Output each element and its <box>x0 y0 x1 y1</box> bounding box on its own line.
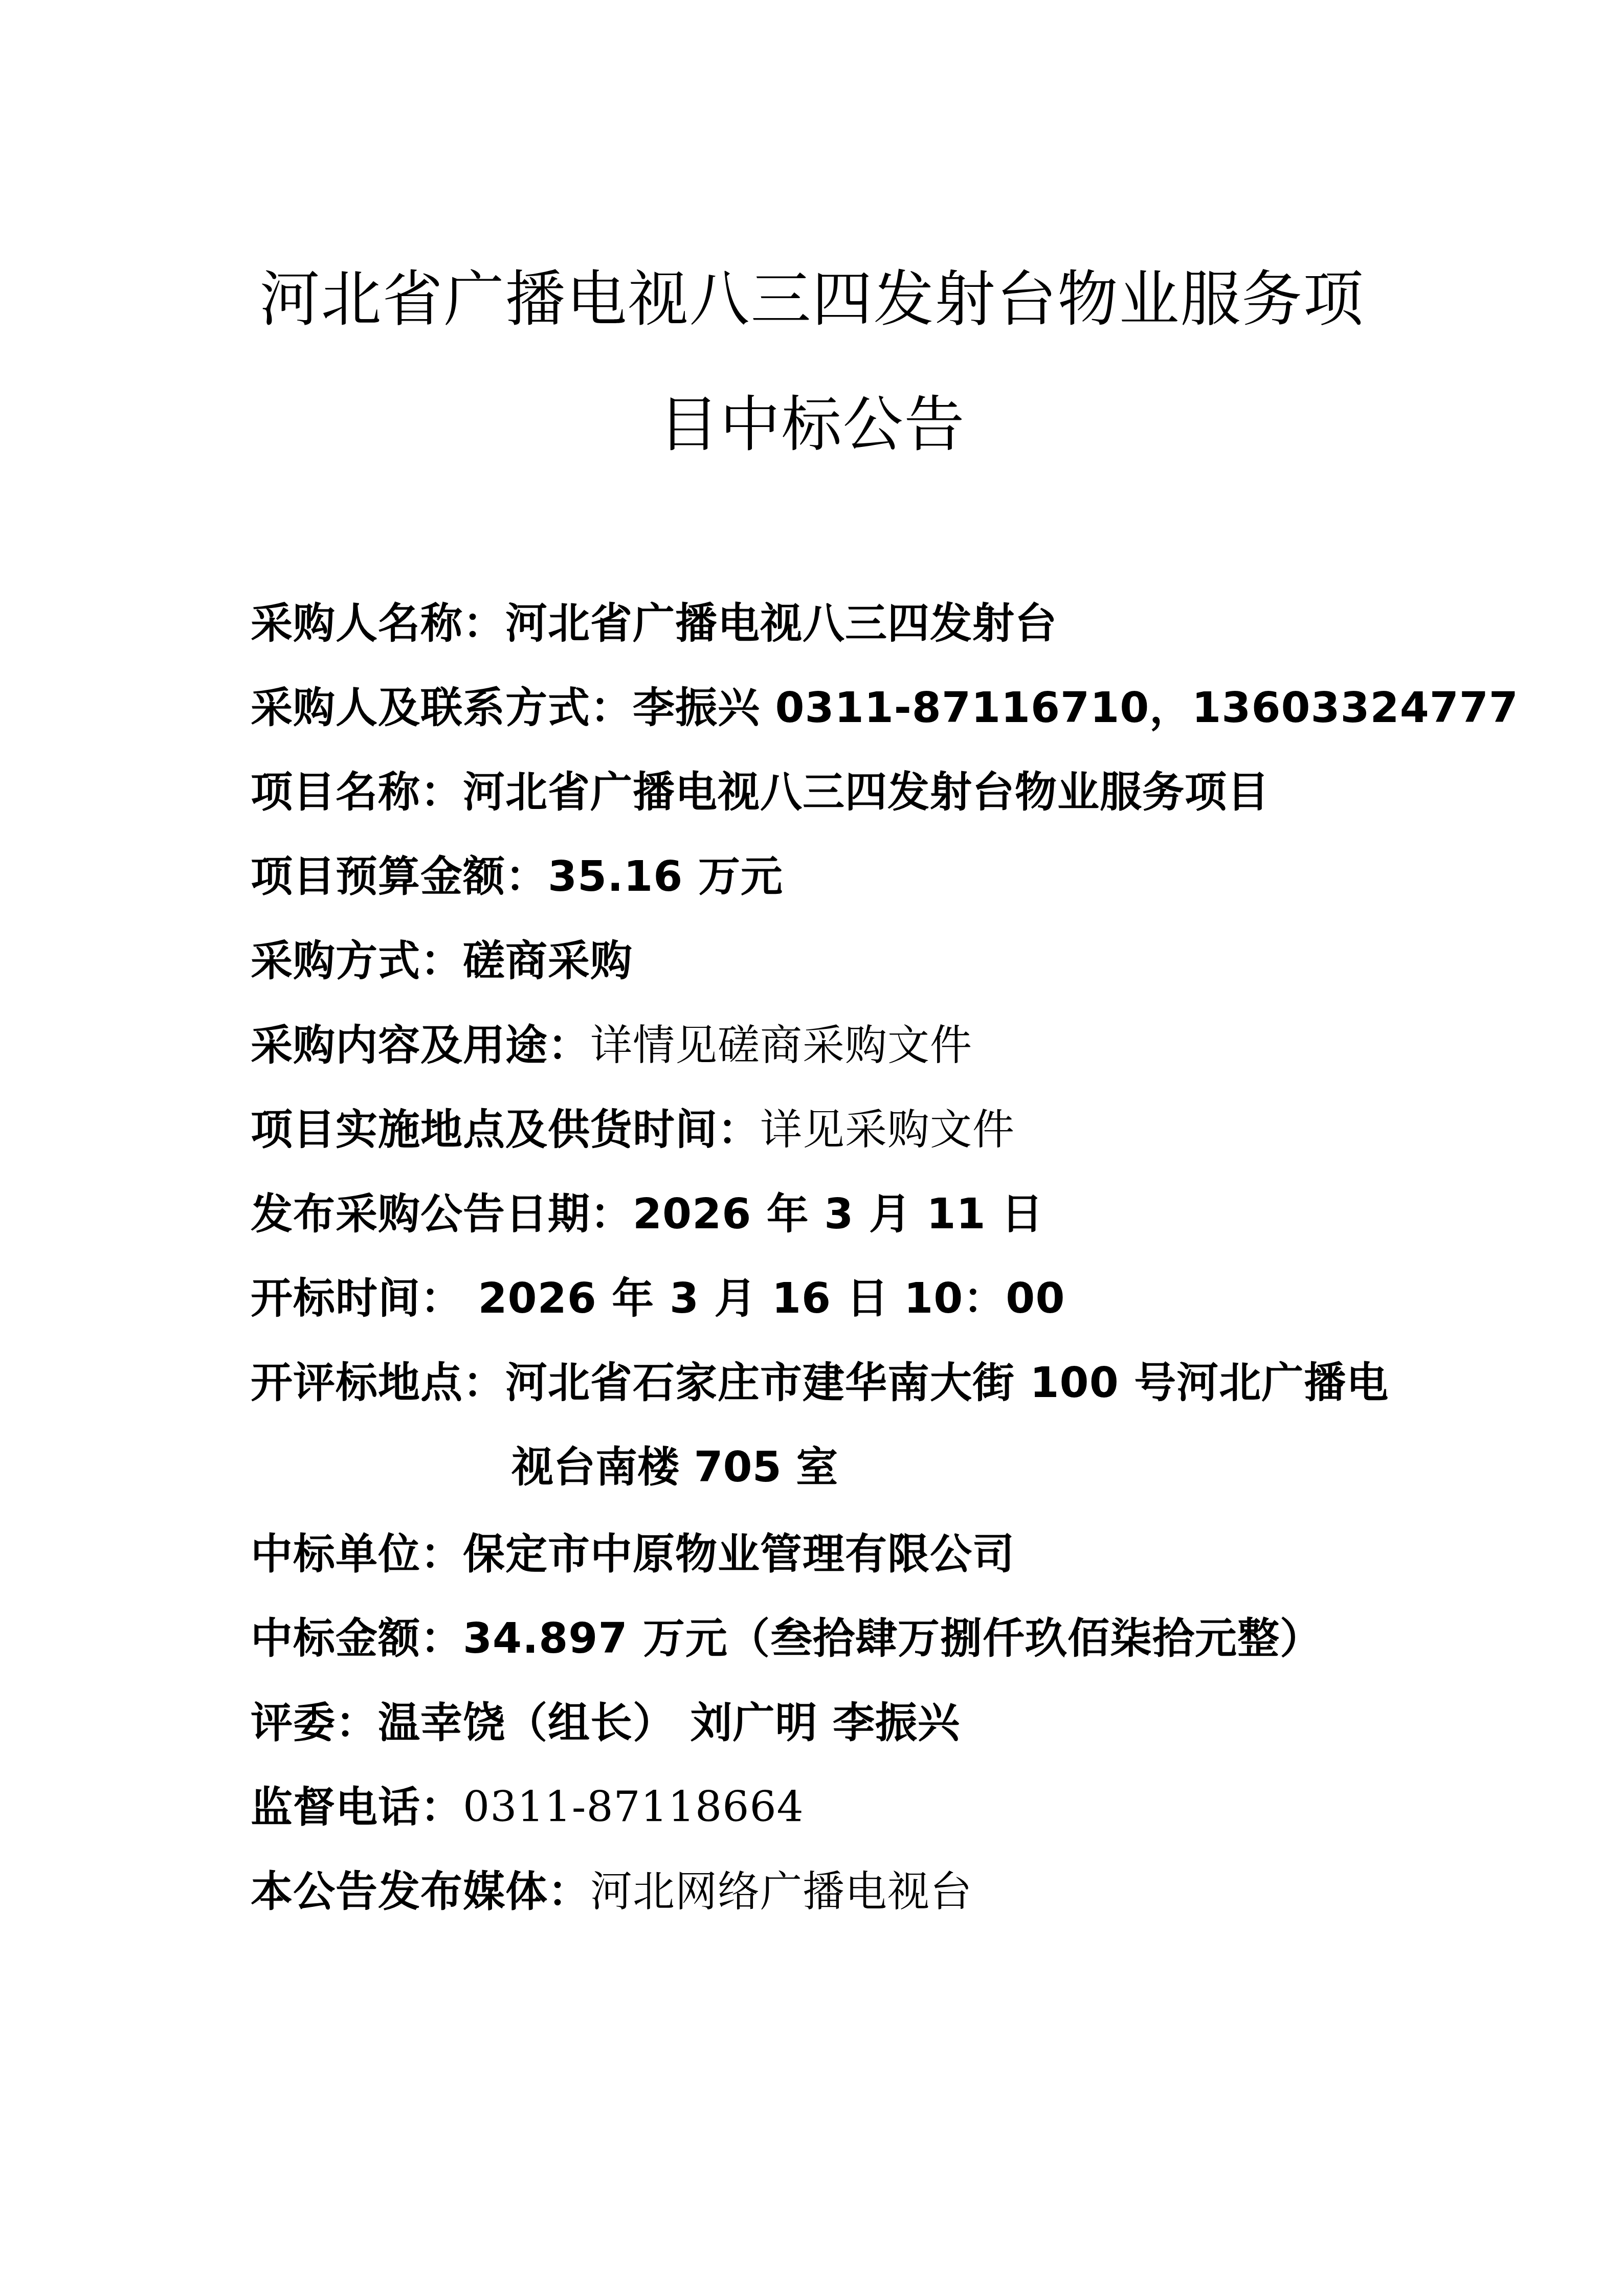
field-value: 李振兴 0311-87116710，13603324777 <box>633 684 1519 732</box>
field-label: 中标单位： <box>251 1530 463 1579</box>
field-evaluation-committee: 评委：温幸饶（组长） 刘广明 李振兴 <box>251 1698 960 1749</box>
field-label: 采购人及联系方式： <box>251 684 633 732</box>
field-value: 2026 年 3 月 16 日 10：00 <box>463 1274 1065 1323</box>
field-winning-bidder: 中标单位：保定市中原物业管理有限公司 <box>251 1529 1015 1580</box>
field-bid-evaluation-location: 开评标地点：河北省石家庄市建华南大街 100 号河北广播电 <box>251 1358 1389 1409</box>
field-purchaser-contact: 采购人及联系方式：李振兴 0311-87116710，13603324777 <box>251 683 1519 734</box>
field-label: 监督电话： <box>251 1783 463 1832</box>
field-procurement-content: 采购内容及用途：详情见磋商采购文件 <box>251 1020 972 1071</box>
field-label: 评委： <box>251 1699 378 1747</box>
field-label: 采购内容及用途： <box>251 1021 590 1070</box>
field-bid-opening-time: 开标时间： 2026 年 3 月 16 日 10：00 <box>251 1273 1065 1324</box>
field-announcement-date: 发布采购公告日期：2026 年 3 月 11 日 <box>251 1189 1043 1240</box>
field-value: 河北省石家庄市建华南大街 100 号河北广播电 <box>505 1359 1389 1407</box>
field-label: 项目预算金额： <box>251 852 548 901</box>
field-label: 采购人名称： <box>251 599 505 648</box>
field-publication-media: 本公告发布媒体：河北网络广播电视台 <box>251 1866 972 1918</box>
field-label: 本公告发布媒体： <box>251 1867 590 1916</box>
field-project-budget: 项目预算金额：35.16 万元 <box>251 851 783 903</box>
field-label: 项目名称： <box>251 768 463 817</box>
field-value: 35.16 万元 <box>548 852 783 901</box>
field-value: 磋商采购 <box>463 937 633 985</box>
field-value: 温幸饶（组长） 刘广明 李振兴 <box>378 1699 960 1747</box>
field-value: 保定市中原物业管理有限公司 <box>463 1530 1015 1579</box>
field-label: 开评标地点： <box>251 1359 505 1407</box>
document-page: 河北省广播电视八三四发射台物业服务项 目中标公告 采购人名称：河北省广播电视八三… <box>0 0 1624 2296</box>
field-value: 河北省广播电视八三四发射台 <box>505 599 1057 648</box>
page-title-line-1: 河北省广播电视八三四发射台物业服务项 <box>0 266 1624 332</box>
field-value: 2026 年 3 月 11 日 <box>633 1190 1043 1239</box>
field-project-name: 项目名称：河北省广播电视八三四发射台物业服务项目 <box>251 767 1270 818</box>
field-value: 河北网络广播电视台 <box>590 1867 972 1916</box>
field-value: 0311-87118664 <box>463 1783 804 1832</box>
field-value: 详见采购文件 <box>760 1106 1015 1154</box>
field-winning-amount: 中标金额：34.897 万元（叁拾肆万捌仟玖佰柒拾元整） <box>251 1613 1322 1664</box>
field-value: 详情见磋商采购文件 <box>590 1021 972 1070</box>
field-label: 项目实施地点及供货时间： <box>251 1106 760 1154</box>
field-label: 采购方式： <box>251 937 463 985</box>
field-value: 34.897 万元（叁拾肆万捌仟玖佰柒拾元整） <box>463 1614 1322 1663</box>
field-label: 中标金额： <box>251 1614 463 1663</box>
field-label: 开标时间： <box>251 1274 463 1323</box>
field-value: 河北省广播电视八三四发射台物业服务项目 <box>463 768 1270 817</box>
field-supervision-phone: 监督电话：0311-87118664 <box>251 1782 804 1833</box>
field-bid-evaluation-location-continued: 视台南楼 705 室 <box>511 1442 838 1493</box>
field-implementation-location: 项目实施地点及供货时间：详见采购文件 <box>251 1105 1015 1156</box>
field-purchaser-name: 采购人名称：河北省广播电视八三四发射台 <box>251 598 1057 649</box>
page-title-line-2: 目中标公告 <box>0 391 1624 458</box>
field-procurement-method: 采购方式：磋商采购 <box>251 936 633 987</box>
field-label: 发布采购公告日期： <box>251 1190 633 1239</box>
